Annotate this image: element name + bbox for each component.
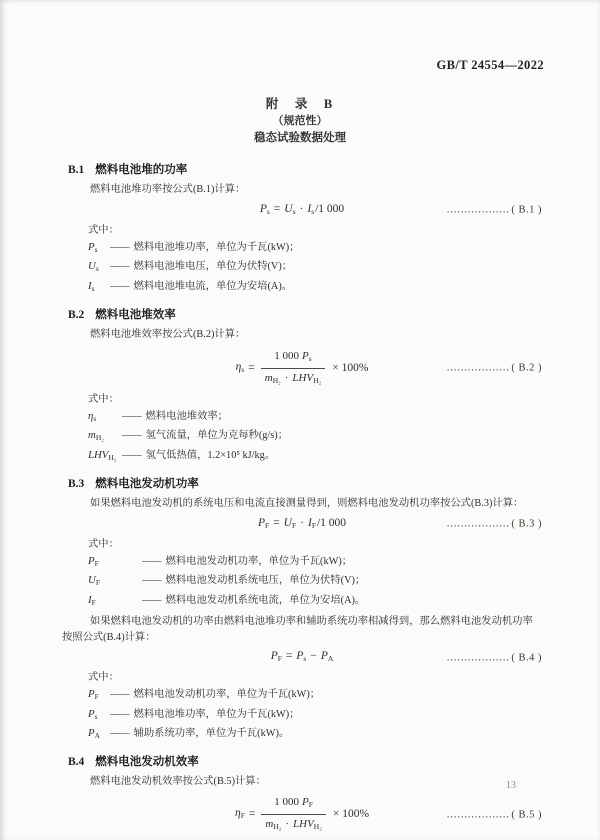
section-title: 燃料电池发动机功率 bbox=[95, 478, 199, 490]
symbol-subscript: H₂ bbox=[314, 822, 322, 831]
variable-definition: 氢气流量，单位为克每秒(g/s)； bbox=[146, 429, 288, 444]
where-label: 式中： bbox=[88, 223, 542, 238]
fraction-numerator: 1 000Ps bbox=[261, 348, 325, 368]
symbol-subscript: F bbox=[309, 800, 313, 809]
variable-definition: 燃料电池堆效率； bbox=[146, 410, 228, 425]
appendix-normative-note: （规范性） bbox=[0, 113, 600, 130]
appendix-subtitle: 稳态试验数据处理 bbox=[0, 130, 600, 147]
equation-b1: Ps = Us · Is /1 000 ………………( B.1 ) bbox=[62, 201, 542, 220]
document-page: GB/T 24554—2022 附 录 B （规范性） 稳态试验数据处理 B.1… bbox=[0, 0, 600, 840]
fraction-denominator: mH₂·LHVH₂ bbox=[261, 368, 325, 389]
variable: Is bbox=[307, 201, 314, 220]
symbol-subscript: H₂ bbox=[108, 453, 116, 462]
equation-reference: ………………( B.4 ) bbox=[446, 649, 542, 666]
coefficient: 1 000 bbox=[274, 348, 299, 365]
divisor-text: /1 000 bbox=[315, 201, 344, 218]
symbol-base: U bbox=[284, 203, 292, 215]
equals-sign: = bbox=[274, 201, 281, 218]
variable-row: UF —— 燃料电池发动机系统电压，单位为伏特(V)； bbox=[88, 573, 542, 591]
appendix-title: 附 录 B bbox=[0, 96, 600, 113]
section-heading-b2: B.2燃料电池堆效率 bbox=[68, 308, 542, 322]
variable: ηs bbox=[236, 359, 245, 378]
paragraph-b1-intro: 燃料电池堆功率按公式(B.1)计算： bbox=[62, 182, 542, 198]
equation-number: ( B.1 ) bbox=[511, 205, 542, 216]
equation-number: ( B.3 ) bbox=[511, 519, 542, 530]
variable-symbol: Is bbox=[88, 279, 110, 297]
symbol-base: U bbox=[88, 574, 96, 586]
multiply-dot: · bbox=[300, 201, 304, 218]
symbol-subscript: F bbox=[265, 521, 269, 530]
symbol-subscript: A bbox=[95, 731, 100, 740]
variable: UF bbox=[284, 515, 296, 534]
fraction: 1 000Ps mH₂·LHVH₂ bbox=[261, 348, 325, 389]
variable-row: Is —— 燃料电池堆电流，单位为安培(A)。 bbox=[88, 279, 542, 297]
variable-symbol: PA bbox=[88, 726, 110, 744]
variable-symbol: Us bbox=[88, 259, 110, 277]
equals-sign: = bbox=[249, 806, 256, 823]
variable-row: Us —— 燃料电池堆电压，单位为伏特(V)； bbox=[88, 259, 542, 277]
symbol-subscript: s bbox=[311, 207, 314, 216]
variable-row: LHVH₂ —— 氢气低热值，1.2×10⁵ kJ/kg。 bbox=[88, 448, 542, 466]
symbol-subscript: s bbox=[241, 365, 244, 374]
leader-dots: ……………… bbox=[446, 205, 509, 216]
symbol-subscript: F bbox=[312, 521, 316, 530]
section-id: B.4 bbox=[68, 756, 84, 768]
leader-dots: ……………… bbox=[446, 519, 509, 530]
section-heading-b1: B.1燃料电池堆的功率 bbox=[68, 163, 542, 177]
symbol-subscript: s bbox=[92, 284, 95, 293]
variable-row: mH₂ —— 氢气流量，单位为克每秒(g/s)； bbox=[88, 428, 542, 446]
divisor-text: /1 000 bbox=[317, 515, 346, 532]
symbol-base: m bbox=[88, 429, 96, 441]
coefficient: 1 000 bbox=[274, 794, 299, 811]
section-id: B.1 bbox=[68, 164, 84, 176]
multiply-dot: · bbox=[300, 515, 304, 532]
equation-reference: ………………( B.2 ) bbox=[446, 360, 542, 377]
variable-symbol: ηs bbox=[88, 409, 122, 427]
section-title: 燃料电池堆效率 bbox=[95, 309, 176, 321]
symbol-base: P bbox=[302, 350, 309, 362]
section-heading-b4: B.4燃料电池发动机效率 bbox=[68, 755, 542, 769]
paragraph-b3-derivation: 如果燃料电池发动机的功率由燃料电池堆功率和辅助系统功率相减得到，那么燃料电池发动… bbox=[62, 614, 542, 645]
variable-definition: 燃料电池堆功率，单位为千瓦(kW)； bbox=[134, 241, 300, 256]
equation-formula: ηs = 1 000Ps mH₂·LHVH₂ × 100% bbox=[236, 348, 369, 389]
em-dash: —— bbox=[122, 429, 141, 444]
variable-definition: 燃料电池堆电流，单位为安培(A)。 bbox=[134, 280, 292, 295]
variable: PF bbox=[258, 515, 269, 534]
symbol-subscript: F bbox=[92, 598, 96, 607]
variable-row: Ps —— 燃料电池堆功率，单位为千瓦(kW)； bbox=[88, 707, 542, 725]
equation-reference: ………………( B.3 ) bbox=[446, 516, 542, 533]
em-dash: —— bbox=[142, 594, 161, 609]
em-dash: —— bbox=[122, 449, 141, 464]
symbol-base: m bbox=[265, 372, 273, 384]
symbol-subscript: s bbox=[303, 654, 306, 663]
page-number: 13 bbox=[506, 780, 516, 791]
symbol-subscript: F bbox=[241, 811, 245, 820]
equation-b4: PF = Ps − PA ………………( B.4 ) bbox=[62, 648, 542, 667]
symbol-subscript: s bbox=[95, 712, 98, 721]
symbol-base: P bbox=[88, 708, 95, 720]
variable-definition: 燃料电池发动机系统电压，单位为伏特(V)； bbox=[166, 574, 366, 589]
variable-symbol: PF bbox=[88, 687, 110, 705]
multiply-dot: · bbox=[285, 816, 289, 833]
variable: LHVH₂ bbox=[292, 370, 321, 389]
fraction-denominator: mH₂·LHVH₂ bbox=[261, 814, 325, 835]
variable-list-b4: PF —— 燃料电池发动机功率，单位为千瓦(kW)； Ps —— 燃料电池堆功率… bbox=[88, 687, 542, 744]
symbol-subscript: F bbox=[96, 578, 100, 587]
variable-definition: 燃料电池堆电压，单位为伏特(V)； bbox=[134, 260, 292, 275]
equation-b2: ηs = 1 000Ps mH₂·LHVH₂ × 100% ………………( B.… bbox=[62, 348, 542, 389]
variable-row: PA —— 辅助系统功率，单位为千瓦(kW)。 bbox=[88, 726, 542, 744]
symbol-base: P bbox=[88, 241, 95, 253]
variable-symbol: IF bbox=[88, 593, 142, 611]
symbol-subscript: H₂ bbox=[96, 433, 104, 442]
variable-definition: 燃料电池堆功率，单位为千瓦(kW)； bbox=[134, 708, 300, 723]
symbol-base: LHV bbox=[88, 449, 108, 461]
variable-row: IF —— 燃料电池发动机系统电流，单位为安培(A)。 bbox=[88, 593, 542, 611]
equals-sign: = bbox=[248, 360, 255, 377]
paragraph-b4-intro: 燃料电池发动机效率按公式(B.5)计算： bbox=[62, 774, 542, 790]
symbol-subscript: s bbox=[267, 207, 270, 216]
variable-definition: 燃料电池发动机功率，单位为千瓦(kW)； bbox=[134, 688, 320, 703]
equation-reference: ………………( B.5 ) bbox=[446, 806, 542, 823]
paragraph-b3-intro: 如果燃料电池发动机的系统电压和电流直接测量得到，则燃料电池发动机功率按公式(B.… bbox=[62, 496, 542, 512]
equation-formula: PF = UF · IF /1 000 bbox=[258, 515, 346, 534]
percent-factor: × 100% bbox=[333, 806, 369, 823]
symbol-subscript: F bbox=[292, 521, 296, 530]
em-dash: —— bbox=[110, 260, 129, 275]
em-dash: —— bbox=[110, 241, 129, 256]
symbol-base: U bbox=[88, 260, 96, 272]
variable-symbol: PF bbox=[88, 554, 142, 572]
symbol-subscript: F bbox=[95, 559, 99, 568]
variable-list-b1: Ps —— 燃料电池堆功率，单位为千瓦(kW)； Us —— 燃料电池堆电压，单… bbox=[88, 240, 542, 297]
variable-row: PF —— 燃料电池发动机功率，单位为千瓦(kW)； bbox=[88, 687, 542, 705]
variable: PF bbox=[271, 648, 282, 667]
equation-formula: ηF = 1 000PF mH₂·LHVH₂ × 100% bbox=[235, 794, 369, 835]
variable-definition: 氢气低热值，1.2×10⁵ kJ/kg。 bbox=[146, 449, 276, 464]
leader-dots: ……………… bbox=[446, 809, 509, 820]
equation-number: ( B.4 ) bbox=[511, 652, 542, 663]
variable: PA bbox=[321, 648, 333, 667]
equals-sign: = bbox=[286, 648, 293, 665]
section-id: B.3 bbox=[68, 478, 84, 490]
paragraph-b2-intro: 燃料电池堆效率按公式(B.2)计算： bbox=[62, 327, 542, 343]
percent-factor: × 100% bbox=[332, 360, 368, 377]
variable-definition: 燃料电池发动机系统电流，单位为安培(A)。 bbox=[166, 594, 366, 609]
where-label: 式中： bbox=[88, 670, 542, 685]
where-label: 式中： bbox=[88, 537, 542, 552]
symbol-base: P bbox=[271, 650, 278, 662]
symbol-base: P bbox=[258, 517, 265, 529]
variable: Ps bbox=[296, 648, 306, 667]
equation-b5: ηF = 1 000PF mH₂·LHVH₂ × 100% ………………( B.… bbox=[62, 794, 542, 835]
leader-dots: ……………… bbox=[446, 363, 509, 374]
standard-number: GB/T 24554—2022 bbox=[436, 58, 544, 72]
appendix-title-block: 附 录 B （规范性） 稳态试验数据处理 bbox=[0, 96, 600, 147]
em-dash: —— bbox=[110, 688, 129, 703]
variable: mH₂ bbox=[265, 370, 281, 389]
symbol-subscript: H₂ bbox=[313, 376, 321, 385]
leader-dots: ……………… bbox=[446, 652, 509, 663]
variable: PF bbox=[302, 794, 313, 813]
variable-symbol: Ps bbox=[88, 707, 110, 725]
em-dash: —— bbox=[110, 708, 129, 723]
where-label: 式中： bbox=[88, 392, 542, 407]
em-dash: —— bbox=[142, 555, 161, 570]
em-dash: —— bbox=[122, 410, 141, 425]
symbol-base: P bbox=[88, 555, 95, 567]
em-dash: —— bbox=[110, 727, 129, 742]
variable: Us bbox=[284, 201, 295, 220]
variable-symbol: mH₂ bbox=[88, 428, 122, 446]
symbol-subscript: H₂ bbox=[273, 376, 281, 385]
symbol-subscript: s bbox=[93, 414, 96, 423]
section-title: 燃料电池发动机效率 bbox=[95, 756, 199, 768]
variable: IF bbox=[308, 515, 316, 534]
symbol-subscript: s bbox=[293, 207, 296, 216]
equals-sign: = bbox=[273, 515, 280, 532]
equation-reference: ………………( B.1 ) bbox=[446, 202, 542, 219]
equation-number: ( B.5 ) bbox=[511, 809, 542, 820]
page-header: GB/T 24554—2022 bbox=[0, 0, 600, 74]
symbol-base: P bbox=[88, 688, 95, 700]
variable-symbol: LHVH₂ bbox=[88, 448, 122, 466]
variable: ηF bbox=[235, 805, 245, 824]
symbol-base: LHV bbox=[293, 818, 314, 830]
section-heading-b3: B.3燃料电池发动机功率 bbox=[68, 477, 542, 491]
variable: Ps bbox=[260, 201, 270, 220]
variable-row: PF —— 燃料电池发动机功率，单位为千瓦(kW)； bbox=[88, 554, 542, 572]
symbol-base: U bbox=[284, 517, 292, 529]
fraction-numerator: 1 000PF bbox=[261, 794, 325, 814]
variable: mH₂ bbox=[265, 816, 281, 835]
em-dash: —— bbox=[110, 280, 129, 295]
equation-b3: PF = UF · IF /1 000 ………………( B.3 ) bbox=[62, 515, 542, 534]
symbol-subscript: A bbox=[328, 654, 333, 663]
equation-formula: PF = Ps − PA bbox=[271, 648, 334, 667]
variable-symbol: Ps bbox=[88, 240, 110, 258]
multiply-dot: · bbox=[285, 370, 289, 387]
equation-formula: Ps = Us · Is /1 000 bbox=[260, 201, 344, 220]
symbol-subscript: F bbox=[278, 654, 282, 663]
variable-symbol: UF bbox=[88, 573, 142, 591]
section-id: B.2 bbox=[68, 309, 84, 321]
em-dash: —— bbox=[142, 574, 161, 589]
symbol-subscript: s bbox=[95, 245, 98, 254]
section-title: 燃料电池堆的功率 bbox=[95, 164, 187, 176]
variable-list-b2: ηs —— 燃料电池堆效率； mH₂ —— 氢气流量，单位为克每秒(g/s)； … bbox=[88, 409, 542, 466]
variable-definition: 辅助系统功率，单位为千瓦(kW)。 bbox=[134, 727, 290, 742]
symbol-subscript: s bbox=[309, 354, 312, 363]
variable-list-b3: PF —— 燃料电池发动机功率，单位为千瓦(kW)； UF —— 燃料电池发动机… bbox=[88, 554, 542, 611]
page-content: B.1燃料电池堆的功率 燃料电池堆功率按公式(B.1)计算： Ps = Us ·… bbox=[0, 163, 600, 835]
symbol-subscript: H₂ bbox=[273, 822, 281, 831]
minus-sign: − bbox=[310, 648, 317, 665]
symbol-base: P bbox=[260, 203, 267, 215]
variable-definition: 燃料电池发动机功率，单位为千瓦(kW)； bbox=[166, 555, 352, 570]
symbol-base: P bbox=[321, 650, 328, 662]
symbol-base: LHV bbox=[292, 372, 313, 384]
symbol-base: P bbox=[302, 796, 309, 808]
variable: Ps bbox=[302, 348, 312, 367]
variable-row: Ps —— 燃料电池堆功率，单位为千瓦(kW)； bbox=[88, 240, 542, 258]
variable: LHVH₂ bbox=[293, 816, 322, 835]
fraction: 1 000PF mH₂·LHVH₂ bbox=[261, 794, 325, 835]
variable-row: ηs —— 燃料电池堆效率； bbox=[88, 409, 542, 427]
equation-number: ( B.2 ) bbox=[511, 363, 542, 374]
symbol-base: P bbox=[88, 727, 95, 739]
symbol-subscript: F bbox=[95, 692, 99, 701]
symbol-subscript: s bbox=[96, 264, 99, 273]
